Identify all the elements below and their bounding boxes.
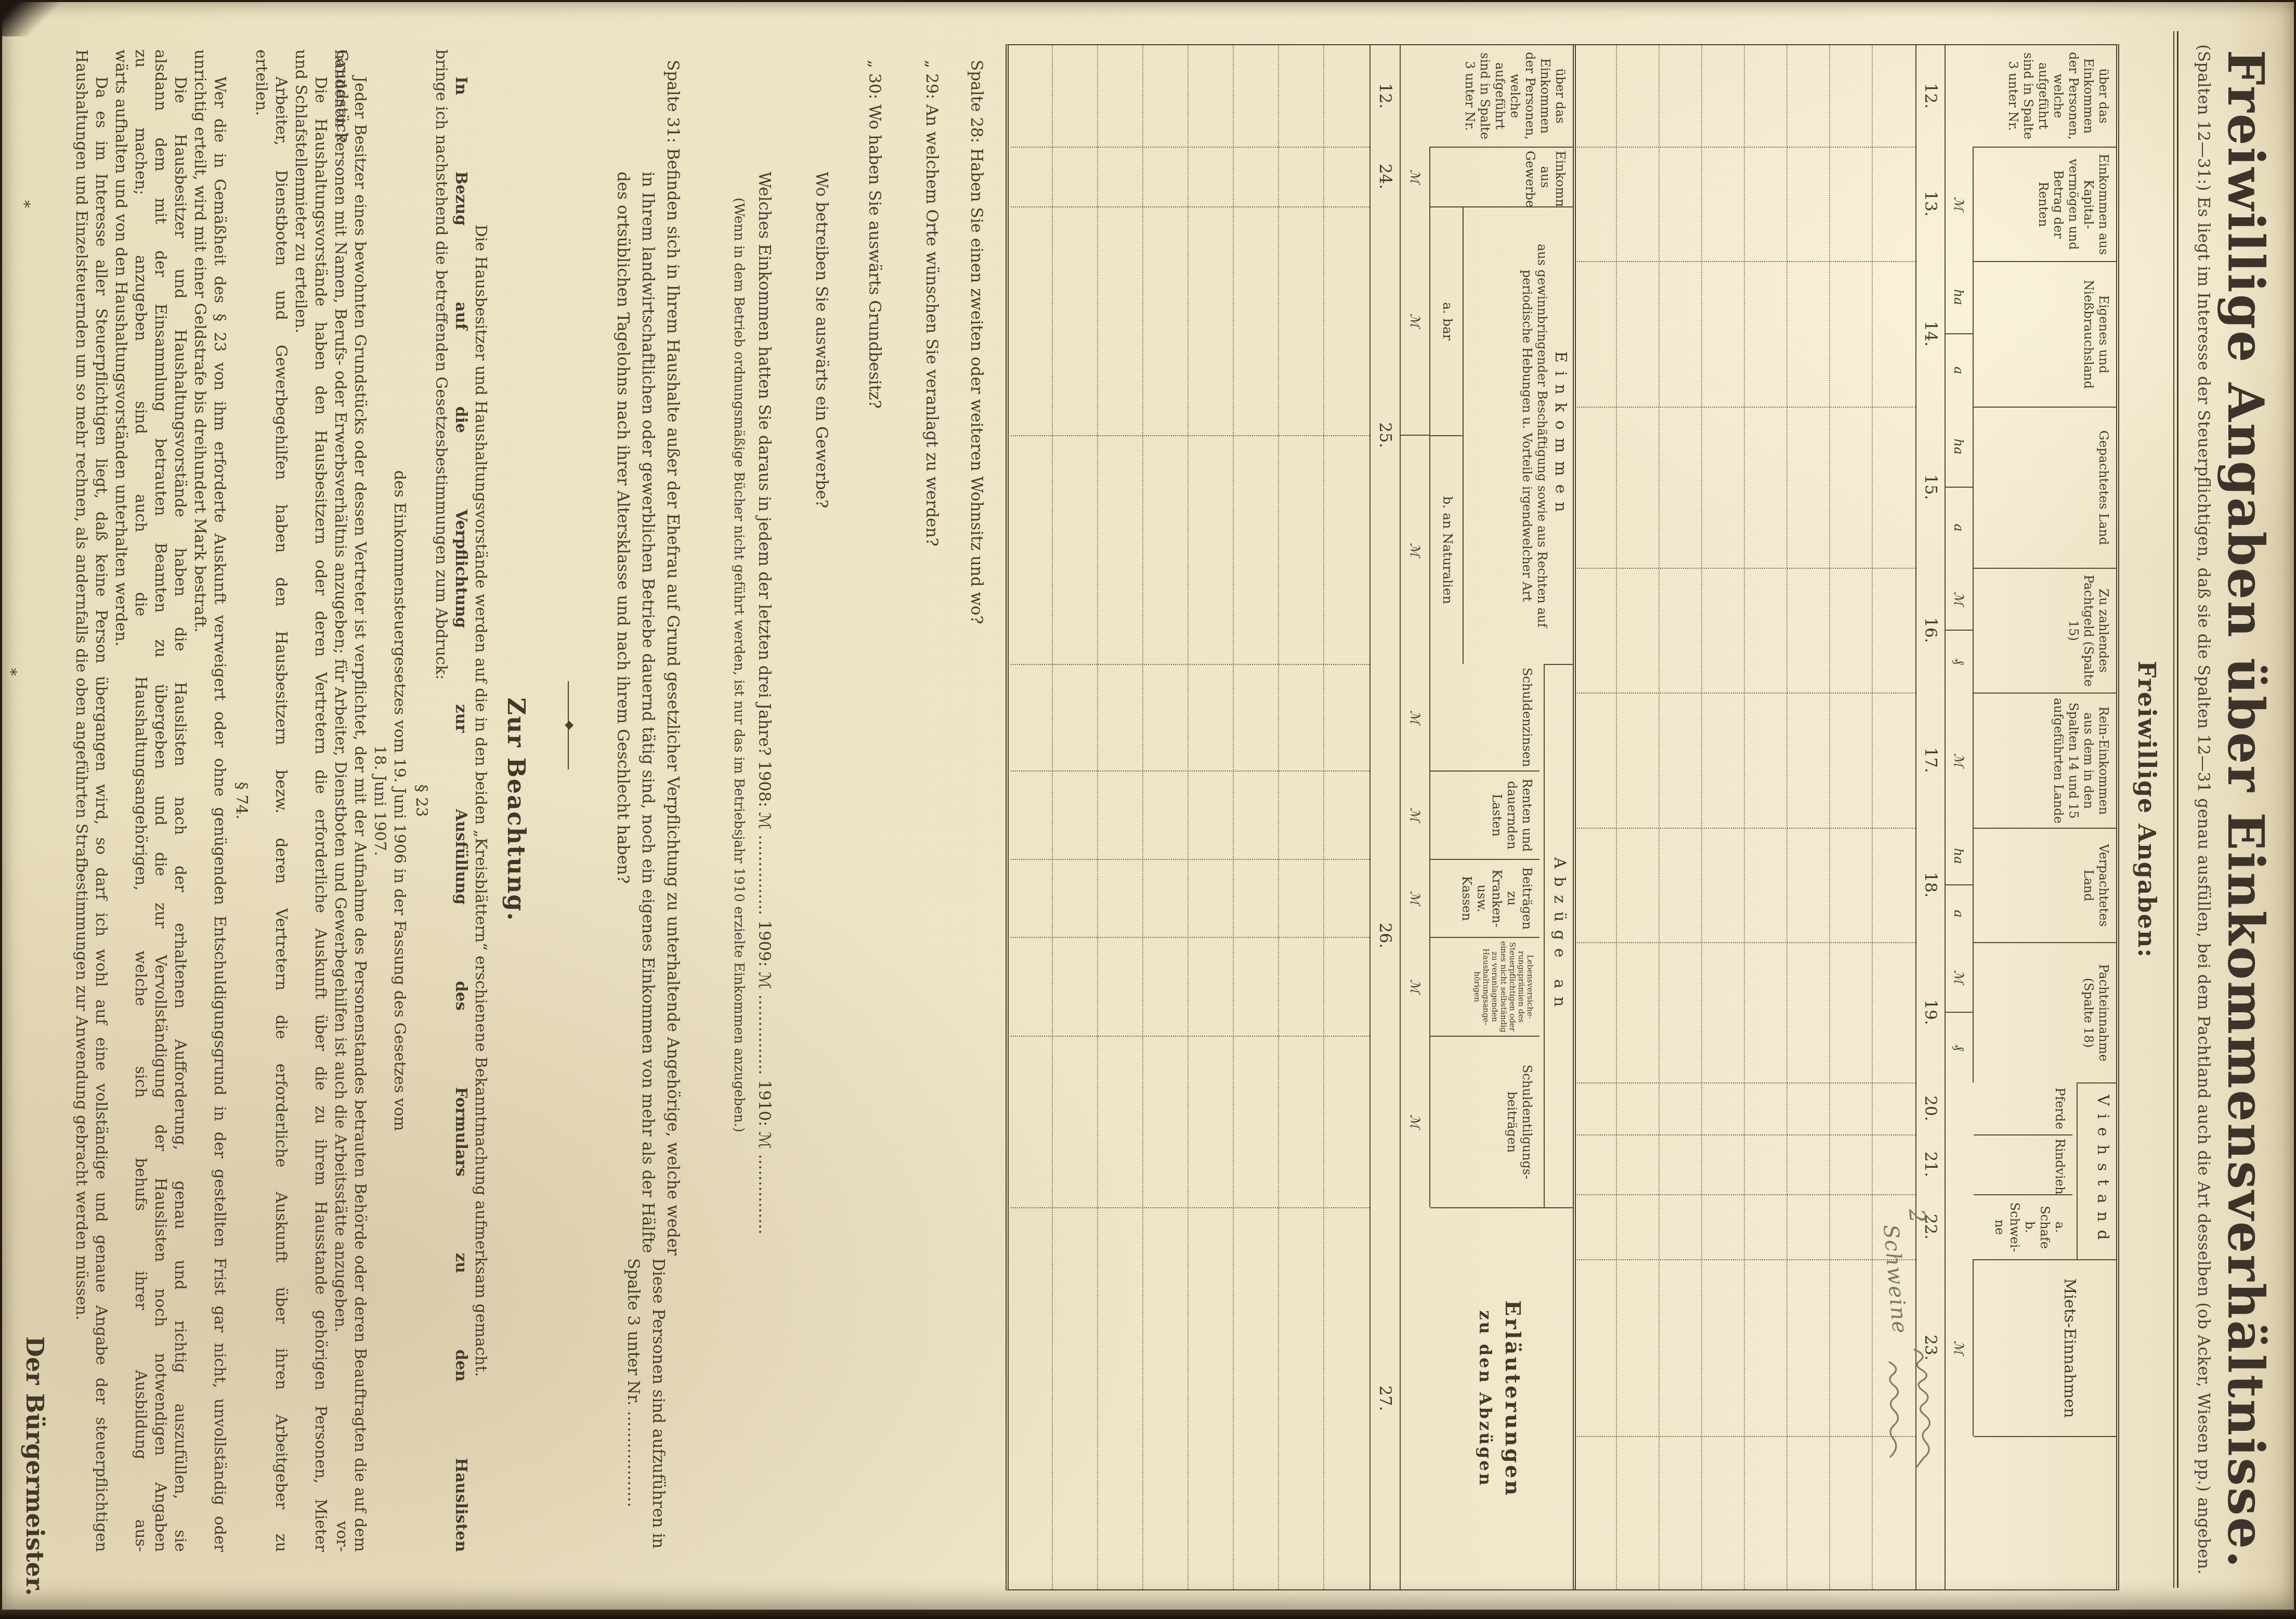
- col15-header: Gepachtetes Land: [1974, 407, 2116, 568]
- col13-header: Einkommen aus Kapital­vermögen und Betra…: [1974, 147, 2116, 261]
- question-31-line3: des ortsüblichen Tagelohns nach ihrer Al…: [614, 172, 632, 884]
- col19-units: ℳ₰: [1946, 942, 1974, 1082]
- body-row-rule: [1097, 45, 1098, 1589]
- body-row-rule: [1786, 45, 1788, 1589]
- col17-number: 17.: [1916, 693, 1946, 828]
- col20-number: 20.: [1916, 1082, 1946, 1134]
- question-31-line1: Spalte 31: Befinden sich in Ihrem Hausha…: [663, 60, 682, 1256]
- col26-sub2: Renten und dauernden Lasten: [1430, 771, 1540, 859]
- instruction-line-17: alsdann dem mit der Einsammlung betraute…: [151, 49, 169, 1552]
- col23-header: Miets-Einnahmen: [1974, 1259, 2116, 1436]
- instruction-line-4: § 23: [412, 49, 430, 1552]
- col16-units: ℳ₰: [1946, 568, 1974, 693]
- col16-header: Zu zahlendes Pachtgeld (Spalte 15): [1974, 568, 2116, 693]
- section-heading: Freiwillige Angaben:: [2133, 0, 2161, 1619]
- instruction-line-5: des Einkommensteuergesetzes vom 19. Juni…: [390, 49, 409, 1552]
- col22-number: 22.: [1916, 1194, 1946, 1259]
- col22-label-b: b. Schwei­ne: [1992, 1198, 2037, 1256]
- body-column-rule: [1011, 1207, 1369, 1208]
- col14-units: haa: [1946, 261, 1974, 407]
- abzuege-group-header: Abzüge an: [1544, 664, 1573, 1207]
- page-corner-shadow: [0, 0, 73, 36]
- body-column-rule: [1011, 664, 1369, 665]
- rotated-form: Freiwillige Angaben über Einkommensverhä…: [0, 0, 2294, 1619]
- col13-unit: ℳ: [1946, 147, 1974, 261]
- col26-sub4: Lebensversiche­rungsprämien des Steuerpf…: [1430, 937, 1540, 1036]
- col26-sub3-unit: ℳ: [1401, 859, 1430, 937]
- instruction-line-1: Die Hausbesitzer und Haushaltungsvorstän…: [472, 49, 490, 1552]
- question-30c-income-years: Welches Einkommen hatten Sie daraus in j…: [755, 172, 774, 1234]
- col27-header: Erläuterungen zu den Abzügen: [1430, 1207, 1573, 1589]
- instruction-line-16: Die Hausbesitzer und Haushaltungsvorstän…: [171, 49, 189, 1552]
- col27-label-line2: zu den Abzügen: [1472, 1208, 1499, 1589]
- col14-number: 14.: [1916, 261, 1946, 407]
- instruction-line-11: Arbeiter, Dienstboten und Gewerbegehilfe…: [272, 49, 290, 1552]
- col25-label: aus gewinnbringender Beschäftigung sowie…: [1519, 207, 1551, 664]
- double-rule: [2173, 31, 2178, 1588]
- col18-units: haa: [1946, 828, 1974, 942]
- question-31-answer-note-line2: Spalte 3 unter Nr. ………………: [624, 1258, 643, 1507]
- instruction-line-14: Wer die in Gemäßheit des § 23 von ihm er…: [211, 49, 229, 1552]
- col17-unit: ℳ: [1946, 693, 1974, 828]
- body-row-rule: [1701, 45, 1702, 1589]
- body-row-rule: [1142, 45, 1143, 1589]
- col27-number: 27.: [1371, 1207, 1401, 1589]
- page-bottom-edge: [0, 1610, 2296, 1619]
- body-row-rule: [1278, 45, 1279, 1589]
- body-row-rule: [1872, 45, 1873, 1589]
- question-28: Spalte 28: Haben Sie einen zweiten oder …: [967, 60, 986, 624]
- body-row-rule: [1616, 45, 1617, 1589]
- col12-header: über das Einkommen der Personen, welche …: [1974, 45, 2116, 147]
- body-column-rule: [1011, 859, 1369, 860]
- instruction-line-13: § 74.: [232, 49, 251, 1552]
- body-row-rule: [1744, 45, 1745, 1589]
- instruction-line-20: Da es im Interesse aller Steuerpflichtig…: [92, 49, 110, 1552]
- signature-buergermeister: Der Bürgermeister.: [21, 1336, 49, 1596]
- instruction-line-18: zu machen; anzugeben sind auch die Haush…: [132, 49, 150, 1552]
- instruction-line-15: unrichtig erteilt, wird mit einer Geldst…: [191, 49, 209, 1552]
- instruction-line-19: wärts aufhalten und von den Haushaltungs…: [112, 49, 130, 1552]
- col26-sub3: Beiträgen zu Kranken- usw. Kassen: [1430, 859, 1540, 937]
- viehstand-group-header: Viehstand: [2077, 1082, 2116, 1259]
- col19-number: 19.: [1916, 942, 1946, 1082]
- col12-number: 12.: [1916, 45, 1946, 147]
- col18-header: Verpachtetes Land: [1974, 828, 2116, 942]
- instruction-line-21: Haushaltungen und Einzelsteuernden um so…: [72, 49, 90, 1552]
- col26-sub1: Schulden­zinsen: [1430, 664, 1540, 771]
- col15-units: haa: [1946, 407, 1974, 568]
- col26-sub2-unit: ℳ: [1401, 771, 1430, 859]
- form-subtitle-note: (Spalten 12—31:) Es liegt im Interesse d…: [2194, 21, 2213, 1598]
- scanned-book-page: Freiwillige Angaben über Einkommensverhä…: [0, 0, 2296, 1619]
- col26-sub4-unit: ℳ: [1401, 937, 1430, 1036]
- table-columns-24-27: über das Einkommen der Personen, welche …: [1006, 44, 1576, 1590]
- body-column-rule: [1011, 1036, 1369, 1037]
- handwriting-illegible-scribble: [1877, 1347, 1934, 1492]
- col15-number: 15.: [1916, 407, 1946, 568]
- handwriting-livestock-count: 2: [1904, 1208, 1930, 1223]
- col21-number: 21.: [1916, 1134, 1946, 1194]
- table-columns-12-23: über das Einkommen der Personen, welche …: [1573, 44, 2119, 1590]
- question-31-line2: in Ihrem landwirtschaftlichen oder gewer…: [638, 172, 657, 1253]
- col26-sub5: Schuldentilgungs­beiträgen: [1430, 1036, 1540, 1207]
- instruction-line-12: erteilen.: [252, 49, 270, 1552]
- col20-header: Pferde: [1974, 1082, 2072, 1134]
- table2-body: [1011, 45, 1371, 1589]
- col24-unit: ℳ: [1401, 147, 1430, 206]
- body-column-rule: [1011, 206, 1369, 207]
- ornament-divider: [568, 681, 569, 769]
- col25-sub-b: b. an Naturalien: [1430, 435, 1463, 664]
- col14-header: Eigenes und Nießbrauchsland: [1974, 261, 2116, 407]
- col21-header: Rindvieh: [1974, 1134, 2072, 1194]
- col25-group-word: Einkommen: [1551, 207, 1573, 664]
- col18-number: 18.: [1916, 828, 1946, 942]
- col24-header: Einkommen aus Gewerbe: [1430, 147, 1573, 206]
- col26-sub5-unit: ℳ: [1401, 1036, 1430, 1207]
- body-row-rule: [1233, 45, 1234, 1589]
- col23-unit: ℳ: [1946, 1259, 1974, 1436]
- col22-label-a: a. Schafe: [2037, 1198, 2067, 1256]
- col25-units: ℳℳ: [1401, 206, 1430, 664]
- footnote-star-2: *: [2, 668, 20, 676]
- instruction-line-8: handenen Personen mit Namen, Berufs- ode…: [331, 49, 349, 1552]
- col26-number: 26.: [1371, 664, 1401, 1207]
- col27-label-line1: Erläuterungen: [1499, 1208, 1573, 1589]
- question-29: „ 29: An welchem Orte wünschen Sie veran…: [922, 60, 941, 546]
- col24-number: 24.: [1371, 147, 1401, 206]
- col25-number: 25.: [1371, 206, 1401, 664]
- col19-header: Pachteinnahme (Spalte 18): [1974, 942, 2116, 1082]
- question-30: „ 30: Wo haben Sie auswärts Grundbesitz?: [865, 60, 884, 409]
- question-30b: Wo betreiben Sie auswärts ein Gewerbe?: [812, 172, 831, 508]
- col12r-number: 12.: [1371, 45, 1401, 147]
- body-column-rule: [1011, 147, 1369, 148]
- instruction-line-2: In Bezug auf die Verpflichtung zur Ausfü…: [452, 49, 470, 1552]
- body-row-rule: [1188, 45, 1189, 1589]
- body-column-rule: [1011, 435, 1369, 436]
- body-row-rule: [1323, 45, 1324, 1589]
- col25-header: Einkommen aus gewinnbringender Beschäfti…: [1430, 206, 1573, 664]
- question-30d-note: (Wenn in dem Betrieb ordnungsmäßige Büch…: [731, 198, 747, 1132]
- col12r-header: über das Einkommen der Personen, welche …: [1430, 45, 1573, 147]
- instruction-line-10: und Schlafstellenmieter zu erteilen.: [292, 49, 310, 1552]
- body-column-rule: [1011, 771, 1369, 772]
- col22-header: a. Schafe b. Schwei­ne: [1974, 1194, 2072, 1259]
- body-row-rule: [1659, 45, 1660, 1589]
- col13-number: 13.: [1916, 147, 1946, 261]
- body-row-rule: [1829, 45, 1830, 1589]
- instruction-line-3: bringe ich nachstehend die betreffenden …: [432, 49, 450, 1552]
- form-title: Freiwillige Angaben über Einkommensverhä…: [2216, 0, 2275, 1619]
- instruction-line-6: 18. Juni 1907.: [371, 49, 389, 1552]
- footnote-star-1: *: [15, 200, 33, 208]
- body-row-rule: [1052, 45, 1053, 1589]
- col-blank-header: [1974, 1436, 2116, 1589]
- col16-number: 16.: [1916, 568, 1946, 693]
- question-31-answer-note-line1: Diese Personen sind aufzuführen in: [649, 1258, 668, 1549]
- table1-body: [1573, 45, 1916, 1589]
- col17-header: Rein-Einkommen aus dem in den Spalten 14…: [1974, 693, 2116, 828]
- instruction-line-9: Die Haushaltungsvorstände haben den Haus…: [311, 49, 330, 1552]
- body-column-rule: [1011, 937, 1369, 938]
- col26-sub1-unit: ℳ: [1401, 664, 1430, 771]
- col25-sub-a: a. bar: [1430, 207, 1463, 435]
- beachtung-heading: Zur Beachtung.: [502, 0, 530, 1619]
